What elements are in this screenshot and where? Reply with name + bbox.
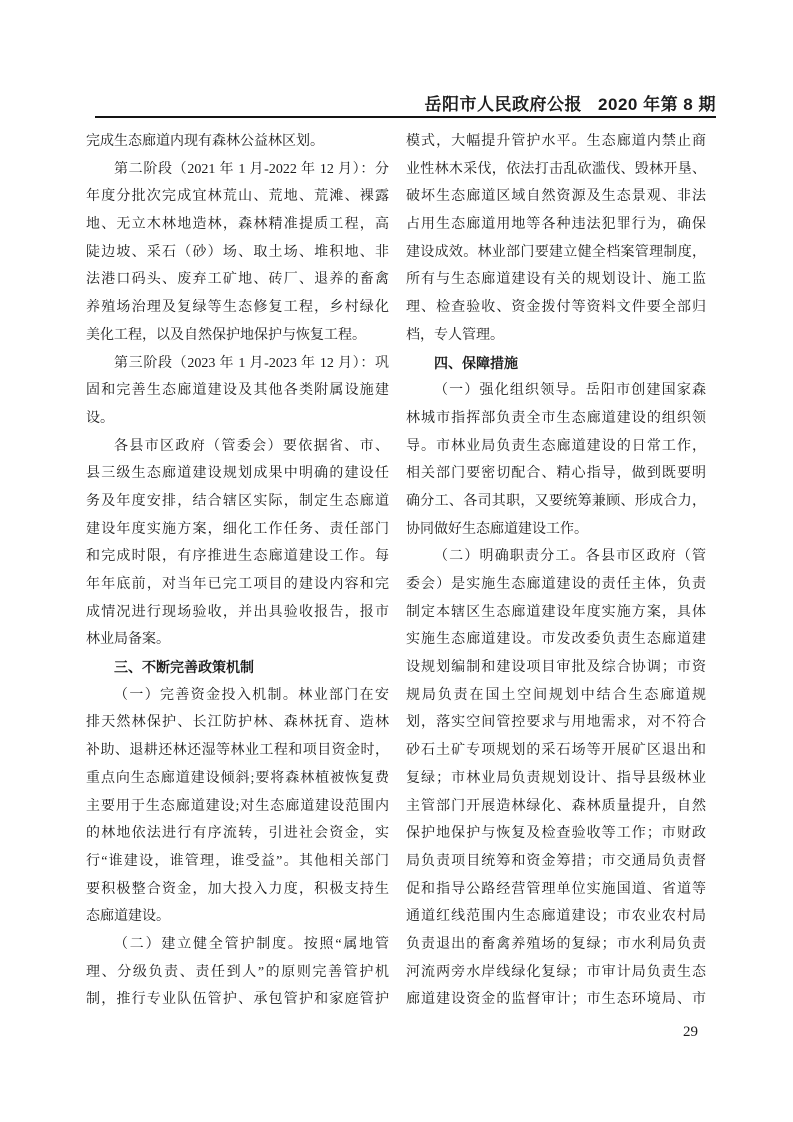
text-line: 河流两旁水岸线绿化复绿；市审计局负责生态	[406, 959, 706, 987]
text-line: 确分工、各司其职，又要统筹兼顾、形成合力，	[406, 488, 706, 516]
text-line: 主管部门开展造林绿化、森林质量提升，自然	[406, 793, 706, 821]
text-line: 复绿；市林业局负责规划设计、指导县级林业	[406, 765, 706, 793]
text-line: 委会）是实施生态廊道建设的责任主体，负责	[406, 571, 706, 599]
text-line: （二）建立健全管护制度。按照“属地管	[86, 931, 389, 959]
section-heading: 三、不断完善政策机制	[86, 654, 389, 682]
text-line: 局负责项目统筹和资金筹措；市交通局负责督	[406, 848, 706, 876]
text-line: 完成生态廊道内现有森林公益林区划。	[86, 128, 389, 156]
text-line: 林城市指挥部负责全市生态廊道建设的组织领	[406, 405, 706, 433]
text-line: 美化工程，以及自然保护地保护与恢复工程。	[86, 322, 389, 350]
text-line: 理、分级负责、责任到人”的原则完善管护机	[86, 959, 389, 987]
gazette-page: 岳阳市人民政府公报2020 年第 8 期 完成生态廊道内现有森林公益林区划。第二…	[0, 0, 793, 1122]
text-line: 主要用于生态廊道建设;对生态廊道建设范围内	[86, 793, 389, 821]
text-line: 重点向生态廊道建设倾斜;要将森林植被恢复费	[86, 765, 389, 793]
text-line: 导。市林业局负责生态廊道建设的日常工作，	[406, 433, 706, 461]
text-line: 保护地保护与恢复及检查验收等工作；市财政	[406, 820, 706, 848]
text-line: 行“谁建设，谁管理，谁受益”。其他相关部门	[86, 848, 389, 876]
text-line: 规局负责在国土空间规划中结合生态廊道规	[406, 682, 706, 710]
text-line: 划，落实空间管控要求与用地需求，对不符合	[406, 709, 706, 737]
text-line: （一）强化组织领导。岳阳市创建国家森	[406, 377, 706, 405]
text-line: 要积极整合资金，加大投入力度，积极支持生	[86, 876, 389, 904]
text-line: 制，推行专业队伍管护、承包管护和家庭管护	[86, 986, 389, 1014]
text-line: 成情况进行现场验收，并出具验收报告，报市	[86, 599, 389, 627]
text-line: 档，专人管理。	[406, 322, 706, 350]
text-line: 破坏生态廊道区域自然资源及生态景观、非法	[406, 183, 706, 211]
text-line: 和完成时限，有序推进生态廊道建设工作。每	[86, 543, 389, 571]
gazette-title: 岳阳市人民政府公报	[425, 95, 583, 114]
text-line: 廊道建设资金的监督审计；市生态环境局、市	[406, 986, 706, 1014]
text-line: （二）明确职责分工。各县市区政府（管	[406, 543, 706, 571]
text-line: 建设成效。林业部门要建立健全档案管理制度，	[406, 239, 706, 267]
text-line: （一）完善资金投入机制。林业部门在安	[86, 682, 389, 710]
text-line: 第三阶段（2023 年 1 月-2023 年 12 月）：巩	[86, 350, 389, 378]
text-line: 制定本辖区生态廊道建设年度实施方案，具体	[406, 599, 706, 627]
text-line: 通道红线范围内生态廊道建设；市农业农村局	[406, 903, 706, 931]
section-heading: 四、保障措施	[406, 350, 706, 378]
text-line: 协同做好生态廊道建设工作。	[406, 516, 706, 544]
text-line: 排天然林保护、长江防护林、森林抚育、造林	[86, 709, 389, 737]
text-line: 负责退出的畜禽养殖场的复绿；市水利局负责	[406, 931, 706, 959]
text-line: 设规划编制和建设项目审批及综合协调；市资	[406, 654, 706, 682]
text-line: 林业局备案。	[86, 626, 389, 654]
text-line: 县三级生态廊道建设规划成果中明确的建设任	[86, 460, 389, 488]
header-rule	[95, 116, 716, 118]
right-column: 模式，大幅提升管护水平。生态廊道内禁止商业性林木采伐，依法打击乱砍滥伐、毁林开垦…	[406, 128, 706, 1014]
text-line: 设。	[86, 405, 389, 433]
text-line: 所有与生态廊道建设有关的规划设计、施工监	[406, 266, 706, 294]
text-line: 业性林木采伐，依法打击乱砍滥伐、毁林开垦、	[406, 156, 706, 184]
text-line: 建设年度实施方案，细化工作任务、责任部门	[86, 516, 389, 544]
text-line: 年年底前，对当年已完工项目的建设内容和完	[86, 571, 389, 599]
text-line: 第二阶段（2021 年 1 月-2022 年 12 月）：分	[86, 156, 389, 184]
text-line: 法港口码头、废弃工矿地、砖厂、退养的畜禽	[86, 266, 389, 294]
text-line: 促和指导公路经营管理单位实施国道、省道等	[406, 876, 706, 904]
page-header: 岳阳市人民政府公报2020 年第 8 期	[425, 90, 716, 115]
text-line: 占用生态廊道用地等各种违法犯罪行为，确保	[406, 211, 706, 239]
text-line: 补助、退耕还林还湿等林业工程和项目资金时，	[86, 737, 389, 765]
text-line: 态廊道建设。	[86, 903, 389, 931]
text-line: 务及年度安排，结合辖区实际，制定生态廊道	[86, 488, 389, 516]
text-line: 固和完善生态廊道建设及其他各类附属设施建	[86, 377, 389, 405]
text-line: 陡边坡、采石（砂）场、取土场、堆积地、非	[86, 239, 389, 267]
text-line: 的林地依法进行有序流转，引进社会资金，实	[86, 820, 389, 848]
text-line: 相关部门要密切配合、精心指导，做到既要明	[406, 460, 706, 488]
issue-label: 2020 年第 8 期	[598, 95, 716, 114]
page-number: 29	[683, 1024, 698, 1041]
left-column: 完成生态廊道内现有森林公益林区划。第二阶段（2021 年 1 月-2022 年 …	[86, 128, 389, 1014]
text-line: 模式，大幅提升管护水平。生态廊道内禁止商	[406, 128, 706, 156]
text-line: 养殖场治理及复绿等生态修复工程，乡村绿化	[86, 294, 389, 322]
text-line: 实施生态廊道建设。市发改委负责生态廊道建	[406, 626, 706, 654]
text-line: 年度分批次完成宜林荒山、荒地、荒滩、裸露	[86, 183, 389, 211]
text-line: 砂石土矿专项规划的采石场等开展矿区退出和	[406, 737, 706, 765]
text-line: 各县市区政府（管委会）要依据省、市、	[86, 433, 389, 461]
text-line: 理、检查验收、资金拨付等资料文件要全部归	[406, 294, 706, 322]
text-line: 地、无立木林地造林，森林精准提质工程，高	[86, 211, 389, 239]
